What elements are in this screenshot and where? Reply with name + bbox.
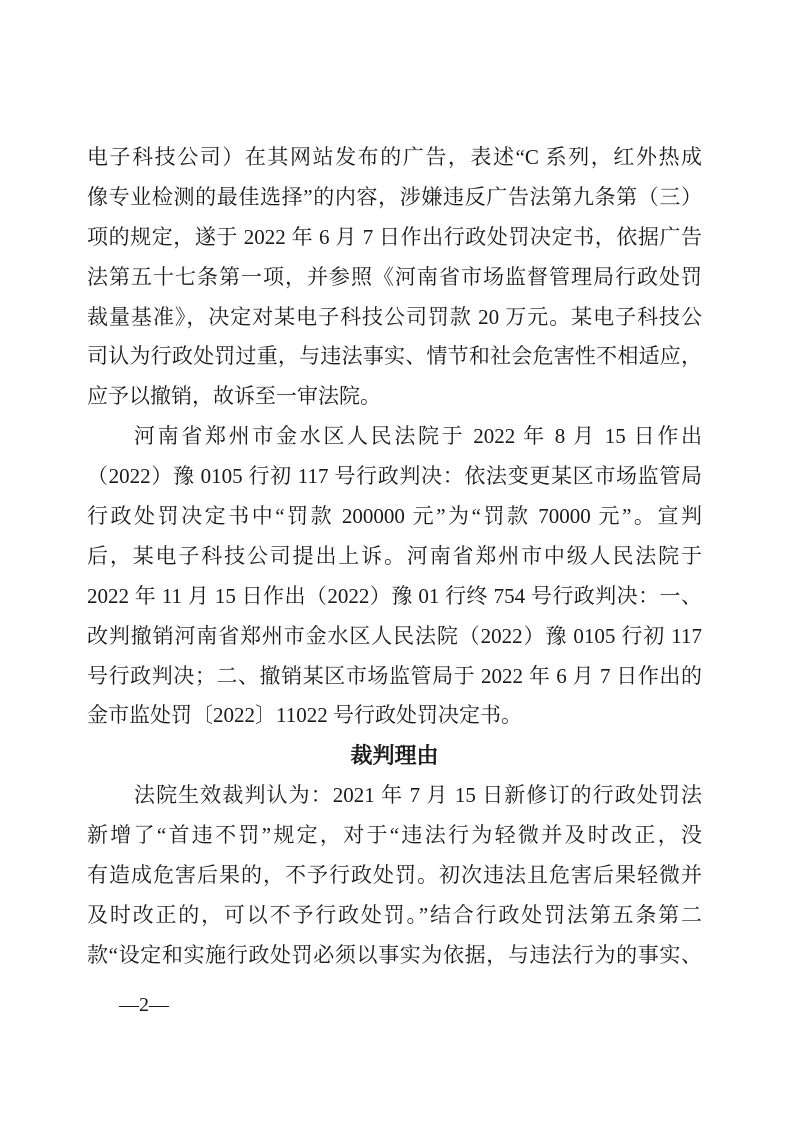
text-line: 法院生效裁判认为：2021 年 7 月 15 日新修订的行政处罚法 [87,776,702,816]
document-body: 电子科技公司）在其网站发布的广告，表述“C 系列，红外热成像专业检测的最佳选择”… [87,138,702,976]
text-line: 法第五十七条第一项，并参照《河南省市场监督管理局行政处罚 [87,258,702,298]
text-line: 及时改正的，可以不予行政处罚。”结合行政处罚法第五条第二 [87,896,702,936]
page-number: —2— [119,994,169,1016]
text-line: 像专业检测的最佳选择”的内容，涉嫌违反广告法第九条第（三） [87,178,702,218]
text-line: 行政处罚决定书中“罚款 200000 元”为“罚款 70000 元”。宣判 [87,497,702,537]
text-line: 应予以撤销，故诉至一审法院。 [87,377,702,417]
text-line: 后，某电子科技公司提出上诉。河南省郑州市中级人民法院于 [87,537,702,577]
section-heading: 裁判理由 [87,736,702,776]
text-line: 有造成危害后果的，不予行政处罚。初次违法且危害后果轻微并 [87,856,702,896]
text-line: 电子科技公司）在其网站发布的广告，表述“C 系列，红外热成 [87,138,702,178]
text-line: 司认为行政处罚过重，与违法事实、情节和社会危害性不相适应， [87,337,702,377]
text-line: 裁量基准》，决定对某电子科技公司罚款 20 万元。某电子科技公 [87,298,702,338]
text-line: 改判撤销河南省郑州市金水区人民法院（2022）豫 0105 行初 117 [87,617,702,657]
text-line: 金市监处罚〔2022〕11022 号行政处罚决定书。 [87,696,702,736]
text-line: 2022 年 11 月 15 日作出（2022）豫 01 行终 754 号行政判… [87,577,702,617]
document-page: 电子科技公司）在其网站发布的广告，表述“C 系列，红外热成像专业检测的最佳选择”… [0,0,793,1122]
text-line: 新增了“首违不罚”规定，对于“违法行为轻微并及时改正，没 [87,816,702,856]
text-line: 河南省郑州市金水区人民法院于 2022 年 8 月 15 日作出 [87,417,702,457]
text-line: （2022）豫 0105 行初 117 号行政判决：依法变更某区市场监管局 [87,457,702,497]
text-line: 号行政判决；二、撤销某区市场监管局于 2022 年 6 月 7 日作出的 [87,657,702,697]
text-line: 款“设定和实施行政处罚必须以事实为依据，与违法行为的事实、 [87,936,702,976]
text-line: 项的规定，遂于 2022 年 6 月 7 日作出行政处罚决定书，依据广告 [87,218,702,258]
